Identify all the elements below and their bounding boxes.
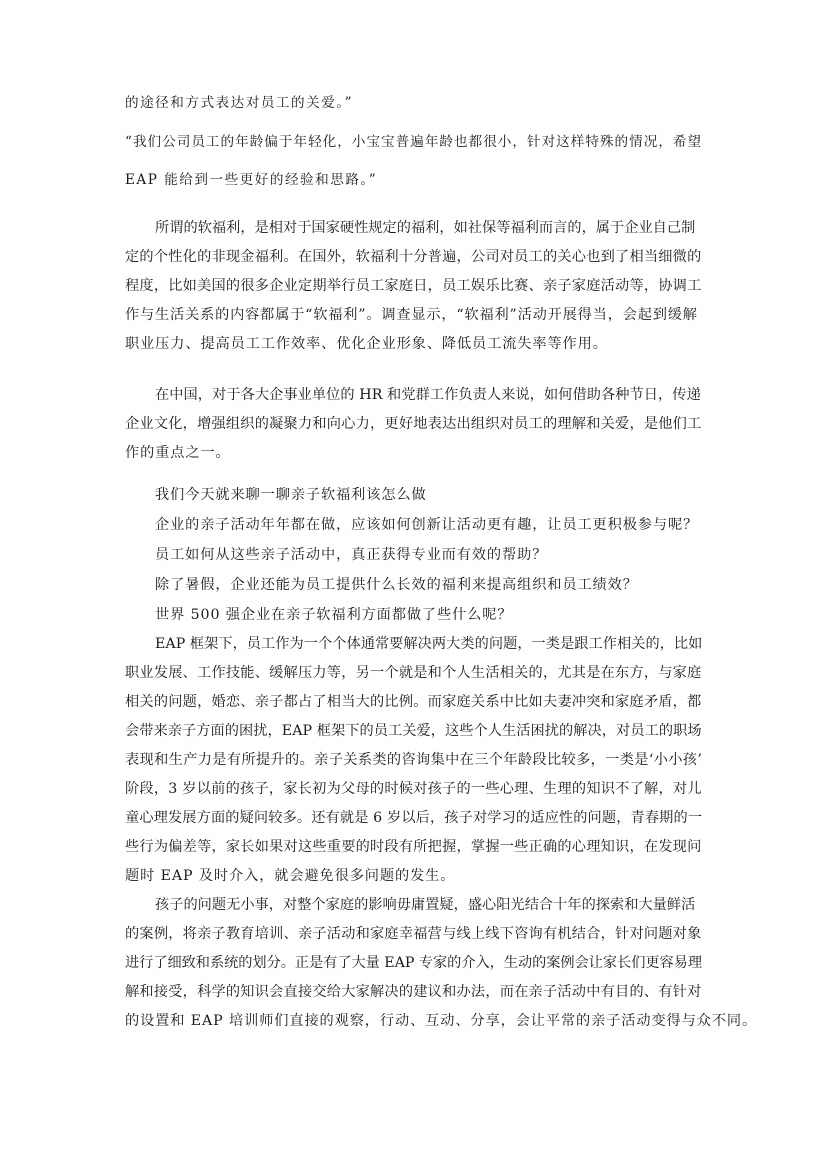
text-line: 企业文化，增强组织的凝聚力和向心力，更好地表达出组织对员工的理解和关爱，是他们工: [125, 413, 705, 435]
text-line: 的途径和方式表达对员工的关爱。”: [125, 92, 705, 114]
text-line: 企业的亲子活动年年都在做，应该如何创新让活动更有趣，让员工更积极参与呢？: [155, 514, 735, 536]
text-line: 除了暑假，企业还能为员工提供什么长效的福利来提高组织和员工绩效？: [155, 574, 735, 596]
text-line: 职业发展、工作技能、缓解压力等，另一个就是和个人生活相关的，尤其是在东方，与家庭: [125, 662, 705, 684]
text-line: “我们公司员工的年龄偏于年轻化，小宝宝普遍年龄也都很小，针对这样特殊的情况，希望: [125, 131, 705, 153]
text-line: 作的重点之一。: [125, 442, 705, 464]
text-line: 程度，比如美国的很多企业定期举行员工家庭日，员工娱乐比赛、亲子家庭活动等，协调工: [125, 275, 705, 297]
text-line: 表现和生产力是有所提升的。亲子关系类的咨询集中在三个年龄段比较多，一类是‘小小孩…: [125, 749, 705, 771]
text-line: 解和接受，科学的知识会直接交给大家解决的建议和办法，而在亲子活动中有目的、有针对: [125, 981, 705, 1003]
text-line: 些行为偏差等，家长如果对这些重要的时段有所把握，掌握一些正确的心理知识，在发现问: [125, 836, 705, 858]
text-line: 员工如何从这些亲子活动中，真正获得专业而有效的帮助？: [155, 544, 735, 566]
text-line: 的案例，将亲子教育培训、亲子活动和家庭幸福营与线上线下咨询有机结合，针对问题对象: [125, 923, 705, 945]
document-page: 的途径和方式表达对员工的关爱。”“我们公司员工的年龄偏于年轻化，小宝宝普遍年龄也…: [0, 0, 827, 1169]
text-line: 童心理发展方面的疑问较多。还有就是 6 岁以后，孩子对学习的适应性的问题，青春期…: [125, 807, 705, 829]
text-line: EAP 框架下，员工作为一个个体通常要解决两大类的问题，一类是跟工作相关的，比如: [155, 633, 735, 655]
text-line: 孩子的问题无小事，对整个家庭的影响毋庸置疑，盛心阳光结合十年的探索和大量鲜活: [155, 894, 735, 916]
text-line: 阶段，3 岁以前的孩子，家长初为父母的时候对孩子的一些心理、生理的知识不了解，对…: [125, 778, 705, 800]
text-line: 作与生活关系的内容都属于“软福利”。调查显示，“软福利”活动开展得当，会起到缓解: [125, 304, 705, 326]
text-line: 会带来亲子方面的困扰，EAP 框架下的员工关爱，这些个人生活困扰的解决，对员工的…: [125, 720, 705, 742]
text-line: 相关的问题，婚恋、亲子都占了相当大的比例。而家庭关系中比如夫妻冲突和家庭矛盾，都: [125, 691, 705, 713]
text-line: 题时 EAP 及时介入，就会避免很多问题的发生。: [125, 865, 705, 887]
text-line: 职业压力、提高员工工作效率、优化企业形象、降低员工流失率等作用。: [125, 333, 705, 355]
text-line: 在中国，对于各大企事业单位的 HR 和党群工作负责人来说，如何借助各种节日，传递: [155, 384, 735, 406]
text-line: EAP 能给到一些更好的经验和思路。”: [125, 169, 705, 191]
text-line: 的设置和 EAP 培训师们直接的观察，行动、互动、分享，会让平常的亲子活动变得与…: [125, 1010, 705, 1032]
text-line: 世界 500 强企业在亲子软福利方面都做了些什么呢？: [155, 604, 735, 626]
text-line: 定的个性化的非现金福利。在国外，软福利十分普遍，公司对员工的关心也到了相当细微的: [125, 246, 705, 268]
text-line: 我们今天就来聊一聊亲子软福利该怎么做: [155, 484, 735, 506]
text-line: 所谓的软福利，是相对于国家硬性规定的福利，如社保等福利而言的，属于企业自己制: [155, 217, 735, 239]
text-line: 进行了细致和系统的划分。正是有了大量 EAP 专家的介入，生动的案例会让家长们更…: [125, 952, 705, 974]
